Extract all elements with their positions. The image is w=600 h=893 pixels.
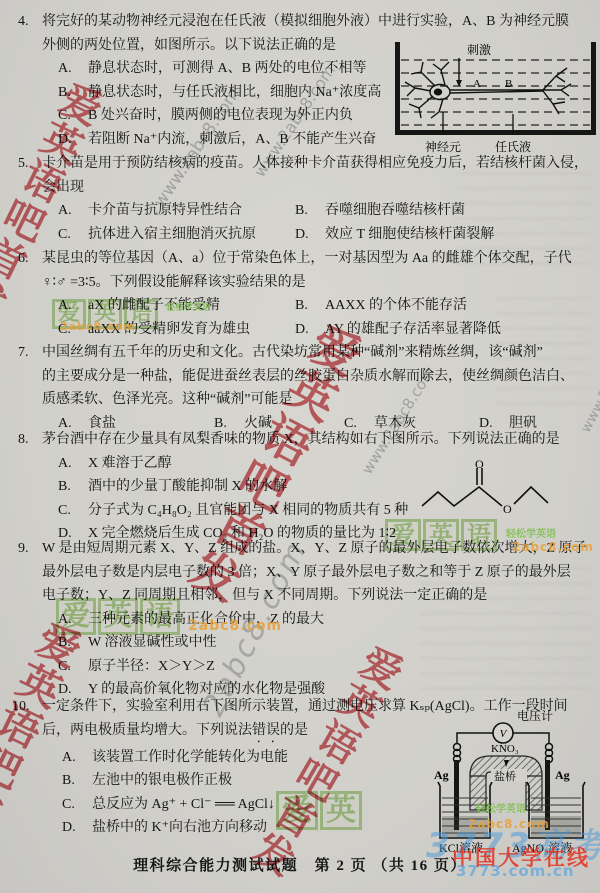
option-row: B.AAXX 的个体不能存活	[295, 294, 596, 318]
option-text: 盐桥中的 K⁺向右池方向移动	[92, 816, 267, 840]
option-row: C.原子半径：X＞Y＞Z	[18, 655, 596, 679]
option-text: 酒中的少量丁酸能抑制 X 的水解	[88, 475, 287, 499]
question-6: 6. 某昆虫的等位基因（A、a）位于常染色体上，一对基因型为 Aa 的雌雄个体交…	[18, 247, 596, 341]
question-number: 10.	[12, 695, 42, 719]
option-label: D.	[58, 128, 88, 152]
electrolyte-label: KNO₃	[491, 743, 519, 755]
option-row: D.效应 T 细胞使结核杆菌裂解	[295, 223, 596, 247]
option-text: 效应 T 细胞使结核杆菌裂解	[325, 223, 494, 247]
question-number: 4.	[18, 10, 42, 34]
stem-emphasis: 错误	[252, 723, 280, 738]
stem-line: 9. W 是由短周期元素 X、Y、Z 组成的盐。X、Y、Z 原子的最外层电子数依…	[18, 537, 596, 561]
point-b-label: B	[505, 78, 512, 90]
option-text: 静息状态时，可测得 A、B 两处的电位不相等	[88, 57, 366, 81]
option-text: 抗体进入宿主细胞消灭抗原	[88, 223, 256, 247]
option-text: 吞噬细胞吞噬结核杆菌	[325, 199, 465, 223]
option-text: X 难溶于乙醇	[88, 452, 172, 476]
option-row: B.吞噬细胞吞噬结核杆菌	[295, 199, 596, 223]
option-label: A.	[58, 294, 88, 318]
electrode-left-label: Ag	[434, 768, 449, 782]
neuron-cell	[405, 62, 571, 118]
option-text: 若阻断 Na⁺内流，刺激后，A、B 不能产生兴奋	[88, 128, 376, 152]
stem-line: 的主要成分是一种盐，能促进蚕丝表层的丝胶蛋白杂质水解而除去，使丝绸颜色洁白、	[18, 365, 596, 389]
stem-line: 最外层电子数是内层电子数的 3 倍；X、Y 原子最外层电子数之和等于 Z 原子的…	[18, 561, 596, 585]
option-row: A.aX 的雌配子不能受精	[58, 294, 295, 318]
stem-line: 7. 中国丝绸有五千年的历史和文化。古代染坊常用某种“碱剂”来精炼丝绸，该“碱剂…	[18, 341, 596, 365]
option-label: A.	[58, 452, 88, 476]
question-5: 5. 卡介苗是用于预防结核病的疫苗。人体接种卡介苗获得相应免疫力后，若结核杆菌入…	[18, 152, 596, 246]
ester-oxygen-label: O	[503, 502, 512, 516]
galvanic-cell-figure: V 电压计 KNO₃ Ag Ag	[433, 702, 591, 857]
option-label: A.	[62, 746, 92, 770]
question-number: 6.	[18, 247, 42, 271]
stem-text: 将完好的某动物神经元浸泡在任氏液（模拟细胞外液）中进行实验，A、B 为神经元膜	[42, 10, 569, 34]
option-text: 该装置工作时化学能转化为电能	[92, 746, 288, 770]
neuron-figure: 刺激 A B 神经元 任氏液	[393, 40, 598, 156]
option-label: A.	[58, 199, 88, 223]
option-label: B.	[295, 199, 325, 223]
stem-line: 6. 某昆虫的等位基因（A、a）位于常染色体上，一对基因型为 Aa 的雌雄个体交…	[18, 247, 596, 271]
option-text: W 溶液显碱性或中性	[88, 631, 216, 655]
stem-text: 的是	[280, 723, 308, 738]
option-label: C.	[58, 223, 88, 247]
options-q6: A.aX 的雌配子不能受精 B.AAXX 的个体不能存活 C.aaXX 的受精卵…	[18, 294, 596, 341]
options-q5: A.卡介苗与抗原特异性结合 B.吞噬细胞吞噬结核杆菌 C.抗体进入宿主细胞消灭抗…	[18, 199, 596, 246]
option-text: aaXX 的受精卵发育为雄虫	[88, 318, 250, 342]
option-label: B.	[58, 631, 88, 655]
stem-line: 8. 茅台酒中存在少量具有凤梨香味的物质 X，其结构如右下图所示。下列说法正确的…	[18, 428, 596, 452]
stimulus-label: 刺激	[467, 42, 491, 57]
voltmeter-label: 电压计	[517, 708, 553, 723]
option-text: 总反应为 Ag⁺ + Cl⁻ ══ AgCl↓	[92, 793, 275, 817]
option-text: 卡介苗与抗原特异性结合	[88, 199, 242, 223]
stem-text: 卡介苗是用于预防结核病的疫苗。人体接种卡介苗获得相应免疫力后，若结核杆菌入侵，	[42, 152, 588, 176]
left-solution-label: KCl溶液	[439, 840, 483, 855]
options-q9: A.三种元素的最高正化合价中，Z 的最大 B.W 溶液显碱性或中性 C.原子半径…	[18, 608, 596, 702]
option-label: C.	[58, 655, 88, 679]
page-footer: 理科综合能力测试试题 第 2 页 （共 16 页）	[0, 854, 600, 875]
option-label: C.	[58, 499, 88, 523]
carbonyl-oxygen-label: O	[475, 460, 484, 471]
option-text: 左池中的银电极作正极	[92, 769, 232, 793]
option-text: 原子半径：X＞Y＞Z	[88, 655, 215, 679]
stem-line: 电子数；Y、Z 同周期且相邻，但与 X 不同周期。下列说法一定正确的是	[18, 584, 596, 608]
point-a-label: A	[473, 78, 481, 90]
stem-text: 后，两电极质量均增大。下列说法	[42, 723, 252, 738]
exam-page: www.2abc8.com www.2abc8.com www.2abc8.co…	[0, 0, 600, 893]
question-number: 8.	[18, 428, 42, 452]
option-row: D.AY 的雄配子存活率显著降低	[295, 318, 596, 342]
option-text: B 处兴奋时，膜两侧的电位表现为外正内负	[88, 104, 353, 128]
stem-line: 质感柔软、色泽光亮。这种“碱剂”可能是	[18, 388, 596, 412]
stem-line: ♀∶♂ =3∶5。下列假设能解释该实验结果的是	[18, 271, 596, 295]
option-label: A.	[58, 608, 88, 632]
salt-bridge-label: 盐桥	[494, 769, 516, 783]
stem-line: 会出现	[18, 176, 596, 200]
stem-text: 某昆虫的等位基因（A、a）位于常染色体上，一对基因型为 Aa 的雌雄个体交配，子…	[42, 247, 572, 271]
question-number: 7.	[18, 341, 42, 365]
option-row: A.卡介苗与抗原特异性结合	[58, 199, 295, 223]
option-text: 静息状态时，与任氏液相比，细胞内 Na⁺浓度高	[88, 81, 381, 105]
option-label: C.	[62, 793, 92, 817]
question-9: 9. W 是由短周期元素 X、Y、Z 组成的盐。X、Y、Z 原子的最外层电子数依…	[18, 537, 596, 702]
option-text: aX 的雌配子不能受精	[88, 294, 220, 318]
option-label: B.	[62, 769, 92, 793]
option-label: B.	[58, 81, 88, 105]
option-label: C.	[58, 318, 88, 342]
right-solution-label: AgNO₃溶液	[512, 840, 572, 855]
option-row: C.aaXX 的受精卵发育为雄虫	[58, 318, 295, 342]
option-label: D.	[295, 223, 325, 247]
stem-text: 茅台酒中存在少量具有凤梨香味的物质 X，其结构如右下图所示。下列说法正确的是	[42, 428, 560, 452]
option-text: 分子式为 C₄H₈O₂ 且官能团与 X 相同的物质共有 5 种	[88, 499, 408, 523]
ester-structure-figure: O O	[420, 460, 555, 518]
option-text: AAXX 的个体不能存活	[325, 294, 467, 318]
option-label: B.	[295, 294, 325, 318]
stem-line: 4. 将完好的某动物神经元浸泡在任氏液（模拟细胞外液）中进行实验，A、B 为神经…	[18, 10, 596, 34]
question-number: 5.	[18, 152, 42, 176]
question-number: 9.	[18, 537, 42, 561]
option-label: C.	[58, 104, 88, 128]
option-row: A.三种元素的最高正化合价中，Z 的最大	[18, 608, 596, 632]
option-label: D.	[62, 816, 92, 840]
option-row: C.抗体进入宿主细胞消灭抗原	[58, 223, 295, 247]
stem-line: 5. 卡介苗是用于预防结核病的疫苗。人体接种卡介苗获得相应免疫力后，若结核杆菌入…	[18, 152, 596, 176]
option-text: AY 的雄配子存活率显著降低	[325, 318, 501, 342]
option-row: B.W 溶液显碱性或中性	[18, 631, 596, 655]
electrode-right-label: Ag	[555, 768, 570, 782]
option-label: D.	[295, 318, 325, 342]
question-7: 7. 中国丝绸有五千年的历史和文化。古代染坊常用某种“碱剂”来精炼丝绸，该“碱剂…	[18, 341, 596, 435]
option-label: A.	[58, 57, 88, 81]
option-text: 三种元素的最高正化合价中，Z 的最大	[88, 608, 324, 632]
stem-text: W 是由短周期元素 X、Y、Z 组成的盐。X、Y、Z 原子的最外层电子数依次增大…	[42, 537, 587, 561]
option-label: B.	[58, 475, 88, 499]
stem-text: 中国丝绸有五千年的历史和文化。古代染坊常用某种“碱剂”来精炼丝绸，该“碱剂”	[42, 341, 543, 365]
